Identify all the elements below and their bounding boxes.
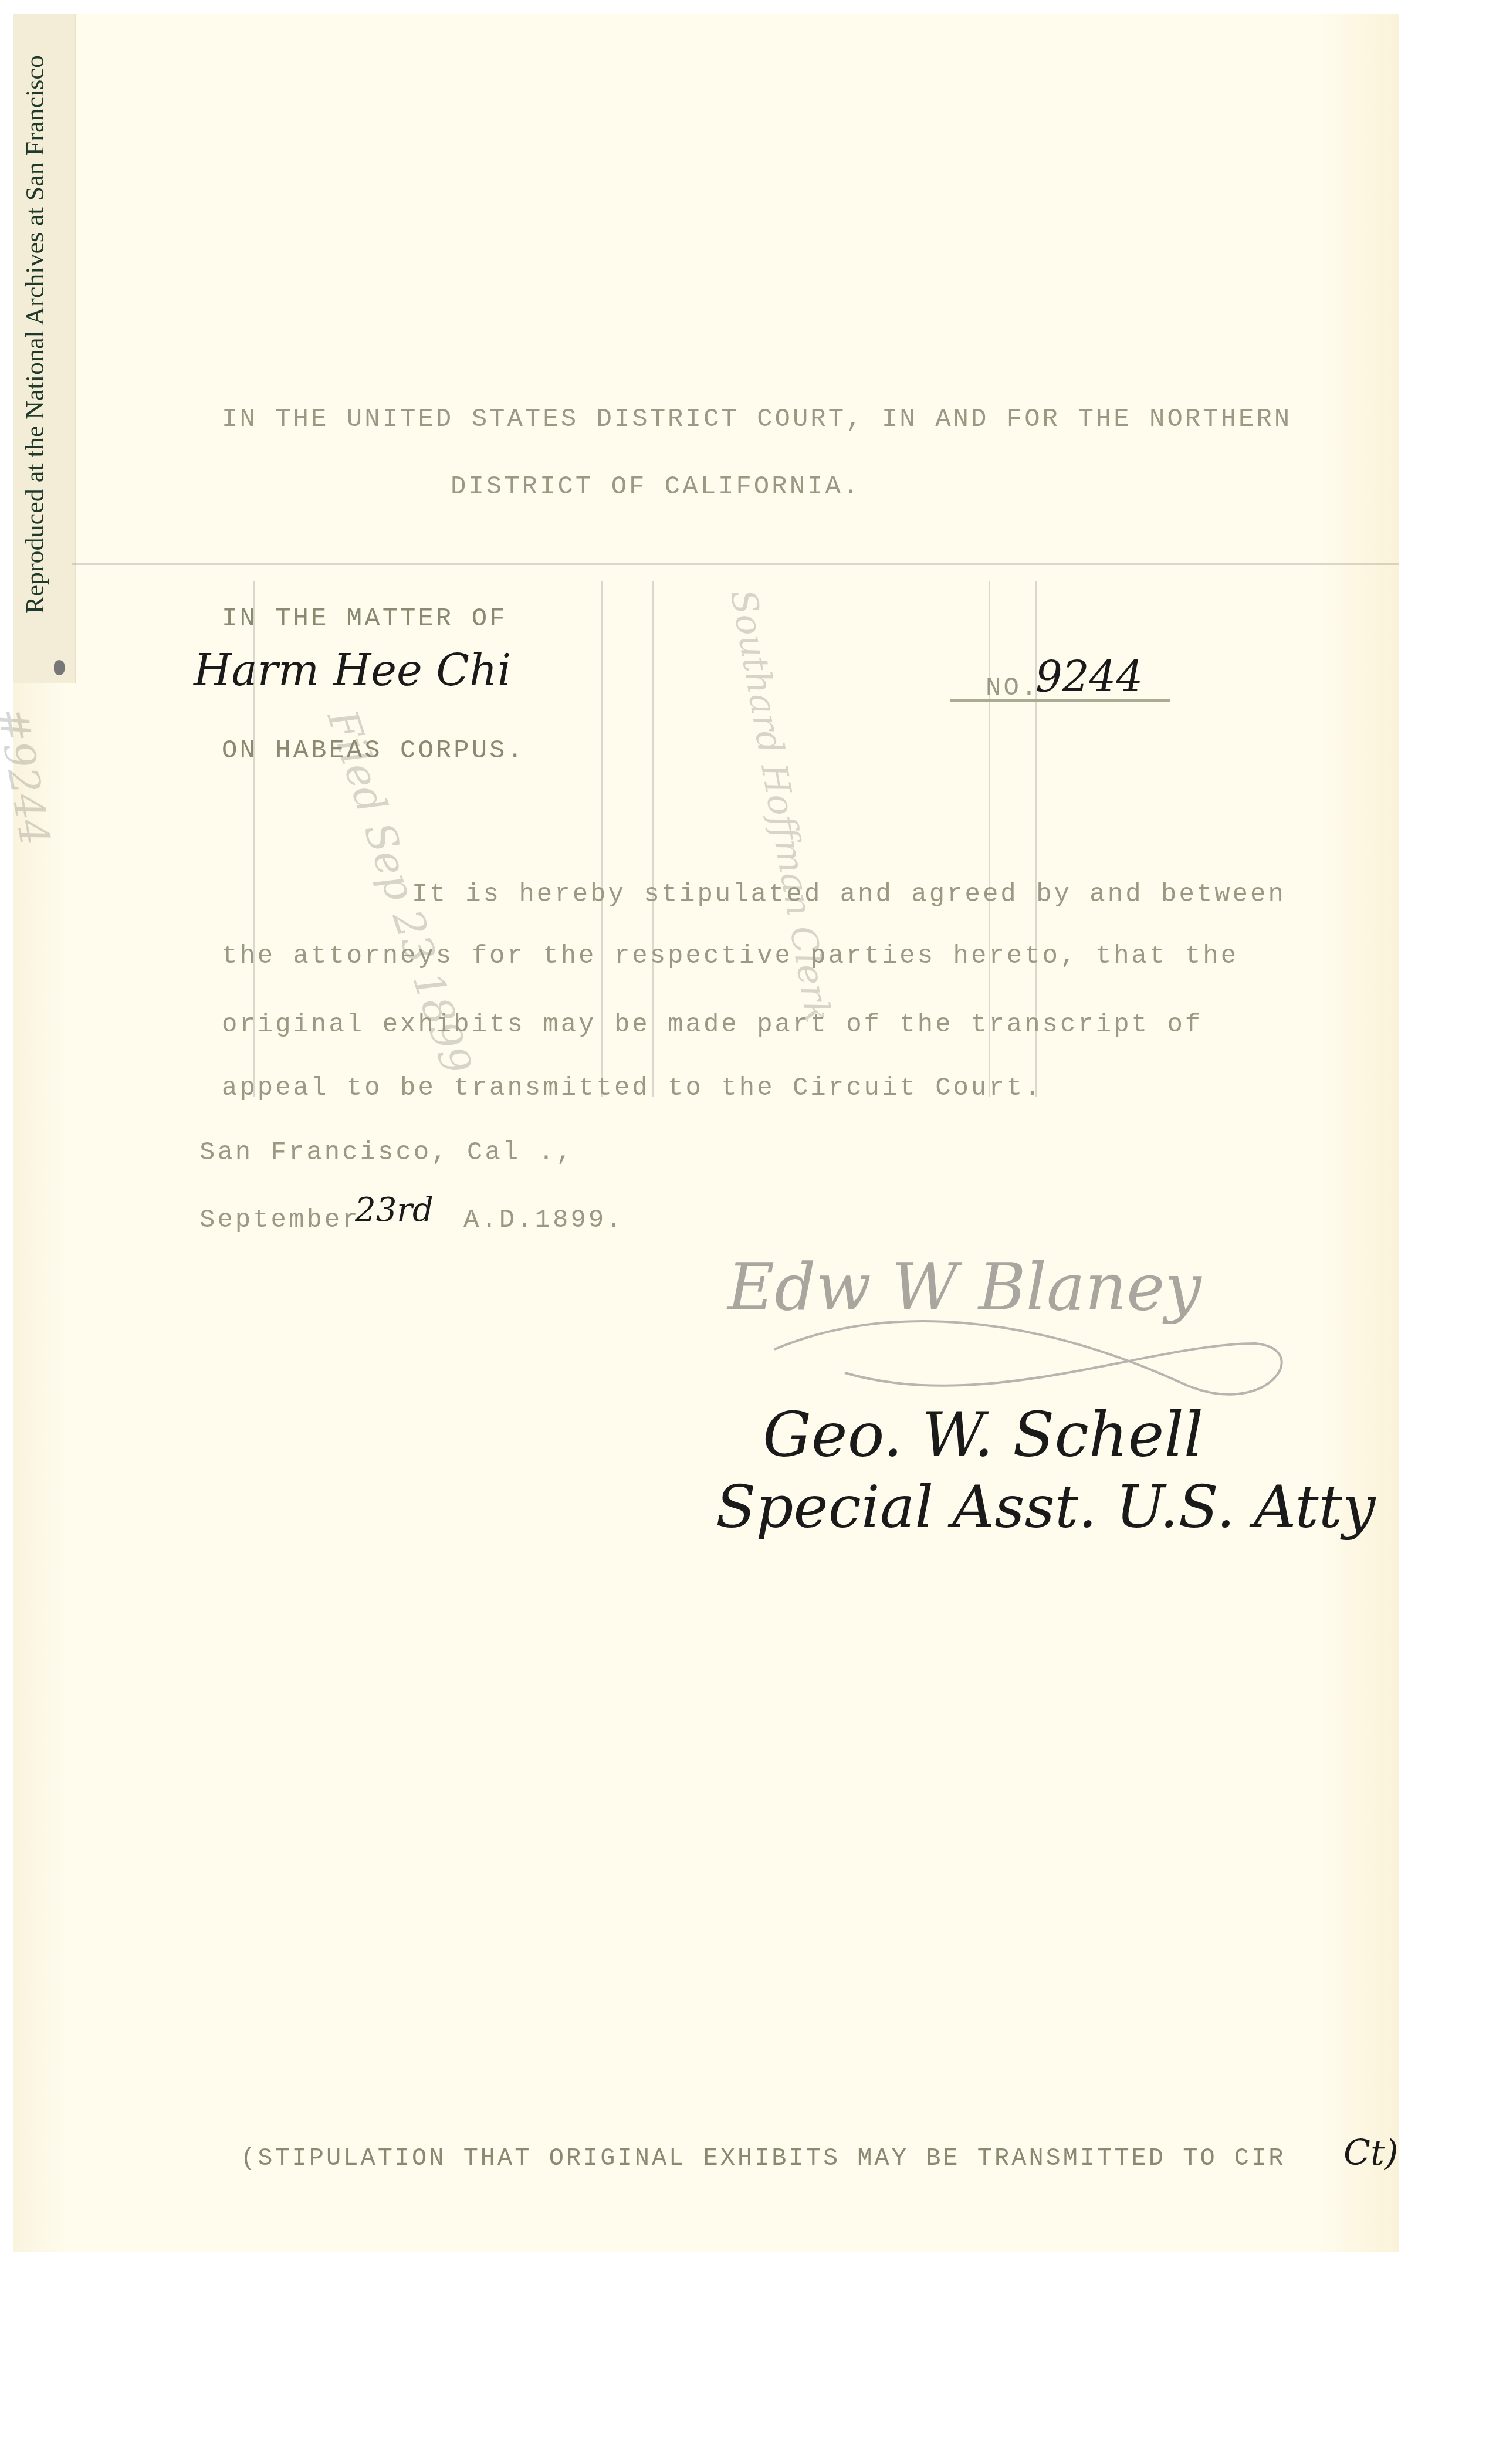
date-month: September bbox=[199, 1206, 360, 1235]
petitioner-name: Harm Hee Chi bbox=[194, 645, 511, 696]
footer-endorsement: (STIPULATION THAT ORIGINAL EXHIBITS MAY … bbox=[241, 2144, 1285, 2172]
body-line-1: It is hereby stipulated and agreed by an… bbox=[412, 880, 1286, 909]
footer-handwritten: Ct) bbox=[1343, 2133, 1398, 2174]
proceeding-label: ON HABEAS CORPUS. bbox=[222, 736, 525, 766]
case-number: 9244 bbox=[1035, 652, 1143, 702]
signature-title: Special Asst. U.S. Atty bbox=[716, 1473, 1375, 1541]
case-number-label: NO. bbox=[986, 673, 1039, 703]
signature-schell: Geo. W. Schell bbox=[763, 1399, 1203, 1471]
case-number-underline bbox=[950, 699, 1170, 702]
document-page bbox=[13, 14, 1399, 2252]
paper-clip-mark bbox=[54, 660, 65, 675]
place: San Francisco, Cal ., bbox=[199, 1138, 574, 1167]
court-heading-line2: DISTRICT OF CALIFORNIA. bbox=[451, 472, 861, 502]
body-line-4: appeal to be transmitted to the Circuit … bbox=[222, 1074, 1043, 1103]
fold-line bbox=[72, 563, 1399, 565]
matter-of-label: IN THE MATTER OF bbox=[222, 604, 507, 634]
date-year: A.D.1899. bbox=[463, 1206, 624, 1235]
court-heading-line1: IN THE UNITED STATES DISTRICT COURT, IN … bbox=[222, 405, 1292, 434]
date-day: 23rd bbox=[355, 1191, 434, 1229]
body-line-2: the attorneys for the respective parties… bbox=[222, 942, 1238, 971]
archive-label: Reproduced at the National Archives at S… bbox=[18, 18, 53, 651]
body-line-3: original exhibits may be made part of th… bbox=[222, 1010, 1203, 1040]
